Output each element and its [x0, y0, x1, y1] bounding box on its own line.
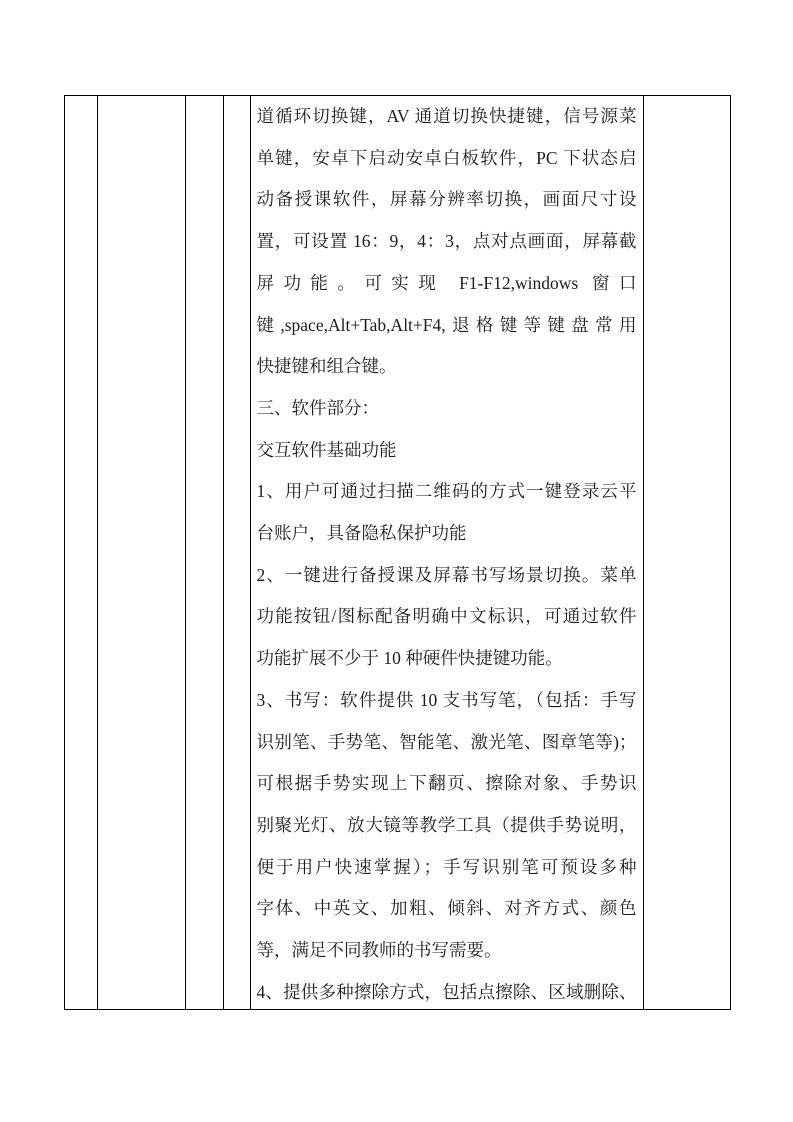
table-column-2 [98, 96, 186, 1009]
spec-text-line: 屏功能。可实现 F1-F12,windows 窗口 [257, 263, 637, 305]
spec-text-line: 动备授课软件，屏幕分辨率切换，画面尺寸设 [257, 179, 637, 221]
spec-text-line: 交互软件基础功能 [257, 430, 637, 472]
spec-text-line: 便于用户快速掌握）；手写识别笔可预设多种 [257, 847, 637, 889]
spec-text-line: 3、书写：软件提供 10 支书写笔，（包括：手写 [257, 680, 637, 722]
spec-text-line: 单键，安卓下启动安卓白板软件，PC 下状态启 [257, 138, 637, 180]
spec-text-line: 置，可设置 16：9，4：3，点对点画面，屏幕截 [257, 221, 637, 263]
spec-text-line: 字体、中英文、加粗、倾斜、对齐方式、颜色 [257, 888, 637, 930]
spec-text-line: 三、软件部分： [257, 388, 637, 430]
table-column-3 [186, 96, 224, 1009]
table-column-6 [644, 96, 730, 1009]
spec-text-line: 快捷键和组合键。 [257, 346, 637, 388]
spec-text-line: 2、一键进行备授课及屏幕书写场景切换。菜单 [257, 555, 637, 597]
spec-text-line: 别聚光灯、放大镜等教学工具（提供手势说明， [257, 805, 637, 847]
document-page: 道循环切换键，AV 通道切换快捷键，信号源菜单键，安卓下启动安卓白板软件，PC … [0, 0, 793, 1122]
spec-text-line: 键,space,Alt+Tab,Alt+F4,退格键等键盘常用 [257, 305, 637, 347]
spec-text-line: 功能按钮/图标配备明确中文标识，可通过软件 [257, 596, 637, 638]
spec-text-line: 可根据手势实现上下翻页、擦除对象、手势识 [257, 763, 637, 805]
spec-text-line: 等，满足不同教师的书写需要。 [257, 930, 637, 972]
spec-text-cell: 道循环切换键，AV 通道切换快捷键，信号源菜单键，安卓下启动安卓白板软件，PC … [251, 96, 644, 1009]
spec-text-line: 道循环切换键，AV 通道切换快捷键，信号源菜 [257, 96, 637, 138]
table-column-4 [224, 96, 251, 1009]
spec-text-line: 1、用户可通过扫描二维码的方式一键登录云平 [257, 471, 637, 513]
spec-text-line: 功能扩展不少于 10 种硬件快捷键功能。 [257, 638, 637, 680]
table-column-1 [65, 96, 98, 1009]
spec-table: 道循环切换键，AV 通道切换快捷键，信号源菜单键，安卓下启动安卓白板软件，PC … [64, 95, 731, 1010]
spec-text-line: 台账户，具备隐私保护功能 [257, 513, 637, 555]
spec-text-line: 识别笔、手势笔、智能笔、激光笔、图章笔等)； [257, 722, 637, 764]
spec-text-line: 4、提供多种擦除方式，包括点擦除、区域删除、 [257, 972, 637, 1009]
